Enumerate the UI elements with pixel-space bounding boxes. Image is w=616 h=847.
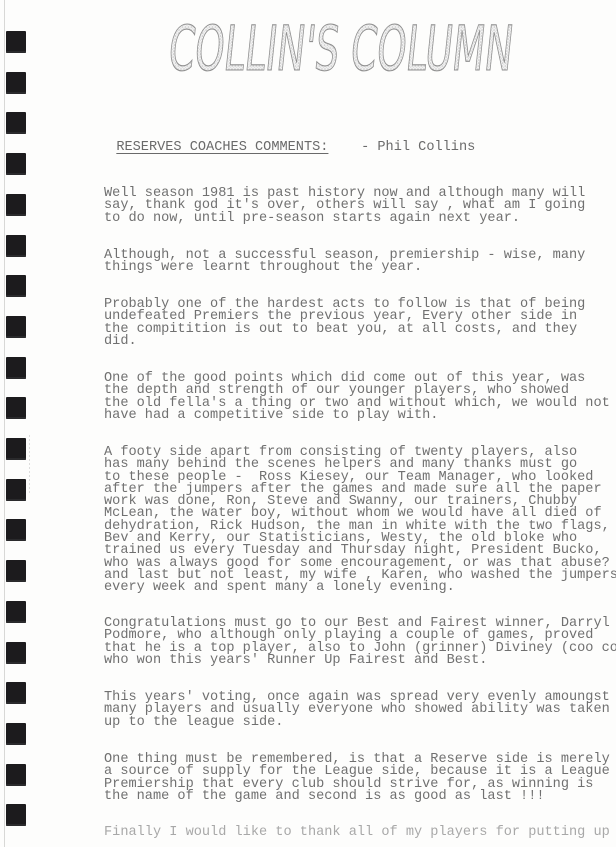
masthead-title: COLLIN'S COLUMN [165, 12, 517, 82]
text-line: Finally I would like to thank all of my … [104, 825, 610, 840]
paragraph-reserve-role: One thing must be remembered, is that a … [104, 754, 610, 803]
section-heading: RESERVES COACHES COMMENTS: [116, 140, 328, 155]
binding-hole [6, 31, 26, 53]
binding-hole [6, 804, 26, 826]
binding-hole [6, 357, 26, 379]
masthead-title-art: COLLIN'S COLUMN [160, 2, 520, 82]
binding-hole [6, 560, 26, 582]
text-line: who won this years' Runner Up Fairest an… [104, 653, 487, 668]
binding-hole [6, 112, 26, 134]
binding-hole [6, 601, 26, 623]
binding-hole [6, 438, 26, 460]
text-line: things were learnt throughout the year. [104, 260, 422, 275]
byline: RESERVES COACHES COMMENTS: - Phil Collin… [100, 127, 475, 155]
crease-mark [29, 435, 30, 495]
paragraph-good-points: One of the good points which did come ou… [104, 373, 610, 422]
text-line: the name of the game and second is as go… [104, 789, 545, 804]
binding-hole [6, 275, 26, 297]
binding-hole [6, 194, 26, 216]
text-line: every week and spent many a lonely eveni… [104, 580, 455, 595]
binding-hole [6, 397, 26, 419]
author-name: - Phil Collins [361, 140, 475, 155]
binding-hole [6, 764, 26, 786]
paragraph-helpers-thanks: A footy side apart from consisting of tw… [104, 447, 616, 595]
binding-hole [6, 235, 26, 257]
paragraph-finally: Finally I would like to thank all of my … [104, 827, 610, 839]
binding-hole [6, 723, 26, 745]
text-line: did. [104, 334, 137, 349]
binding-hole [6, 72, 26, 94]
text-line: the compitition is out to beat you, at a… [104, 322, 577, 337]
binding-hole [6, 316, 26, 338]
paragraph-intro: Well season 1981 is past history now and… [104, 188, 585, 225]
paragraph-hardest-act: Probably one of the hardest acts to foll… [104, 299, 585, 348]
spiral-binding [0, 0, 30, 847]
masthead: COLLIN'S COLUMN [160, 2, 520, 82]
paragraph-congratulations: Congratulations must go to our Best and … [104, 618, 616, 667]
binding-hole [6, 642, 26, 664]
binding-hole [6, 479, 26, 501]
byline-spacer [328, 140, 361, 155]
text-line: up to the league side. [104, 715, 283, 730]
paragraph-season-review: Although, not a successful season, premi… [104, 250, 585, 275]
text-line: have had a competitive side to play with… [104, 408, 438, 423]
binding-hole [6, 519, 26, 541]
text-line: to do now, until pre-season starts again… [104, 211, 520, 226]
binding-hole [6, 682, 26, 704]
binding-hole [6, 153, 26, 175]
paragraph-voting: This years' voting, once again was sprea… [104, 692, 610, 729]
